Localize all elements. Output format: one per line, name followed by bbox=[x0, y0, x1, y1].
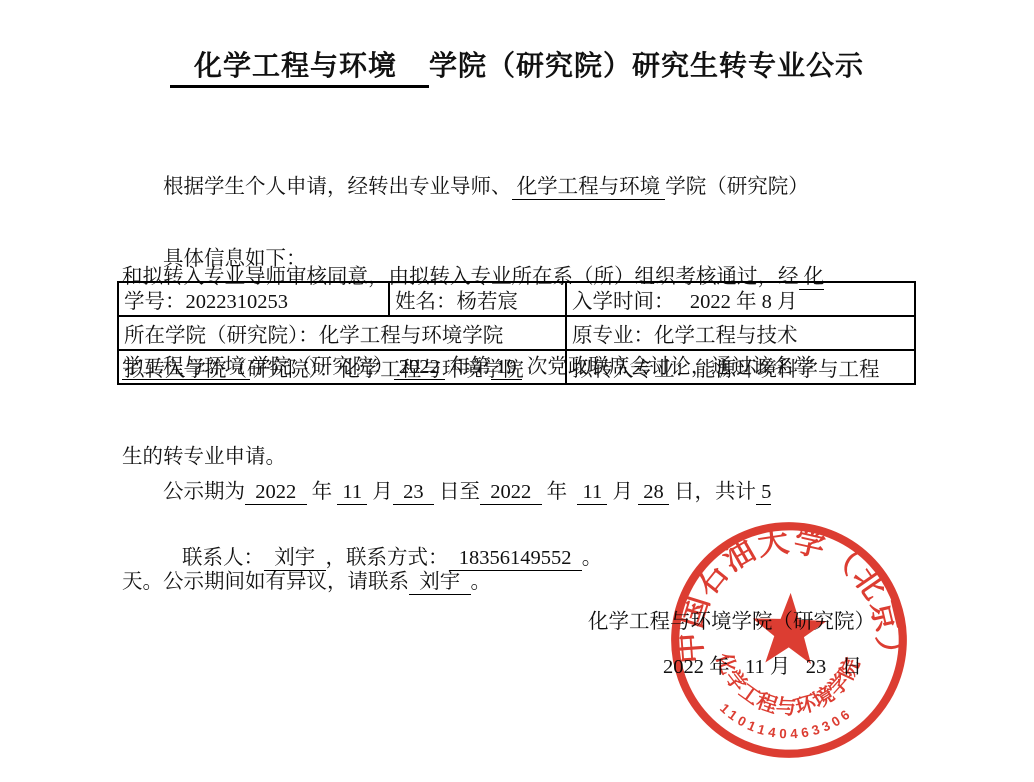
table-row: 拟转入学院（研究院）：化学工程与环境学院 拟转入专业：能源环境科学与工程 bbox=[118, 350, 915, 384]
title-college-blank: 化学工程与环境 bbox=[170, 51, 429, 88]
blank-total-days: 5 bbox=[756, 481, 771, 505]
text-segment: 月 bbox=[607, 481, 638, 503]
official-seal: 中国石油大学（北京） 化学工程与环境学院 1101140463306 bbox=[662, 513, 916, 767]
paragraph-line: 根据学生个人申请，经转出专业导师、 化学工程与环境 学院（研究院） bbox=[122, 172, 824, 202]
cell-target-college: 拟转入学院（研究院）：化学工程与环境学院 bbox=[118, 350, 566, 384]
text-segment: 联系人： bbox=[182, 547, 264, 569]
text-segment: 根据学生个人申请，经转出专业导师、 bbox=[163, 176, 512, 198]
text-segment: 学院（研究院） bbox=[665, 176, 809, 198]
cell-student-id: 学号：2022310253 bbox=[118, 282, 389, 316]
blank-contact-phone: 18356149552 bbox=[449, 547, 582, 571]
paragraph-line: 联系人： 刘宇 ，联系方式： 18356149552 。 bbox=[122, 543, 602, 573]
cell-target-major: 拟转入专业：能源环境科学与工程 bbox=[566, 350, 915, 384]
cell-current-college: 所在学院（研究院）：化学工程与环境学院 bbox=[118, 316, 566, 350]
blank-end-day: 28 bbox=[638, 481, 669, 505]
table-row: 学号：2022310253 姓名：杨若宸 入学时间： 2022 年 8 月 bbox=[118, 282, 915, 316]
text-segment: ，联系方式： bbox=[326, 547, 449, 569]
document-page: 化学工程与环境 学院（研究院）研究生转专业公示 根据学生个人申请，经转出专业导师… bbox=[0, 0, 1034, 782]
blank-college-name: 化学工程与环境 bbox=[512, 176, 666, 200]
cell-original-major: 原专业：化学工程与技术 bbox=[566, 316, 915, 350]
contact-paragraph: 联系人： 刘宇 ，联系方式： 18356149552 。 bbox=[122, 483, 602, 633]
blank-contact-person: 刘宇 bbox=[264, 547, 326, 571]
text-segment: 。 bbox=[582, 547, 603, 569]
page-title: 化学工程与环境 学院（研究院）研究生转专业公示 bbox=[0, 44, 1034, 84]
section-label: 具体信息如下： bbox=[163, 241, 307, 271]
cell-student-name: 姓名：杨若宸 bbox=[389, 282, 566, 316]
title-rest: 学院（研究院）研究生转专业公示 bbox=[429, 51, 864, 82]
star-icon bbox=[751, 592, 827, 665]
student-info-table: 学号：2022310253 姓名：杨若宸 入学时间： 2022 年 8 月 所在… bbox=[117, 281, 916, 385]
text-segment: 日，共计 bbox=[669, 481, 756, 503]
table-row: 所在学院（研究院）：化学工程与环境学院 原专业：化学工程与技术 bbox=[118, 316, 915, 350]
cell-enrollment-date: 入学时间： 2022 年 8 月 bbox=[566, 282, 915, 316]
